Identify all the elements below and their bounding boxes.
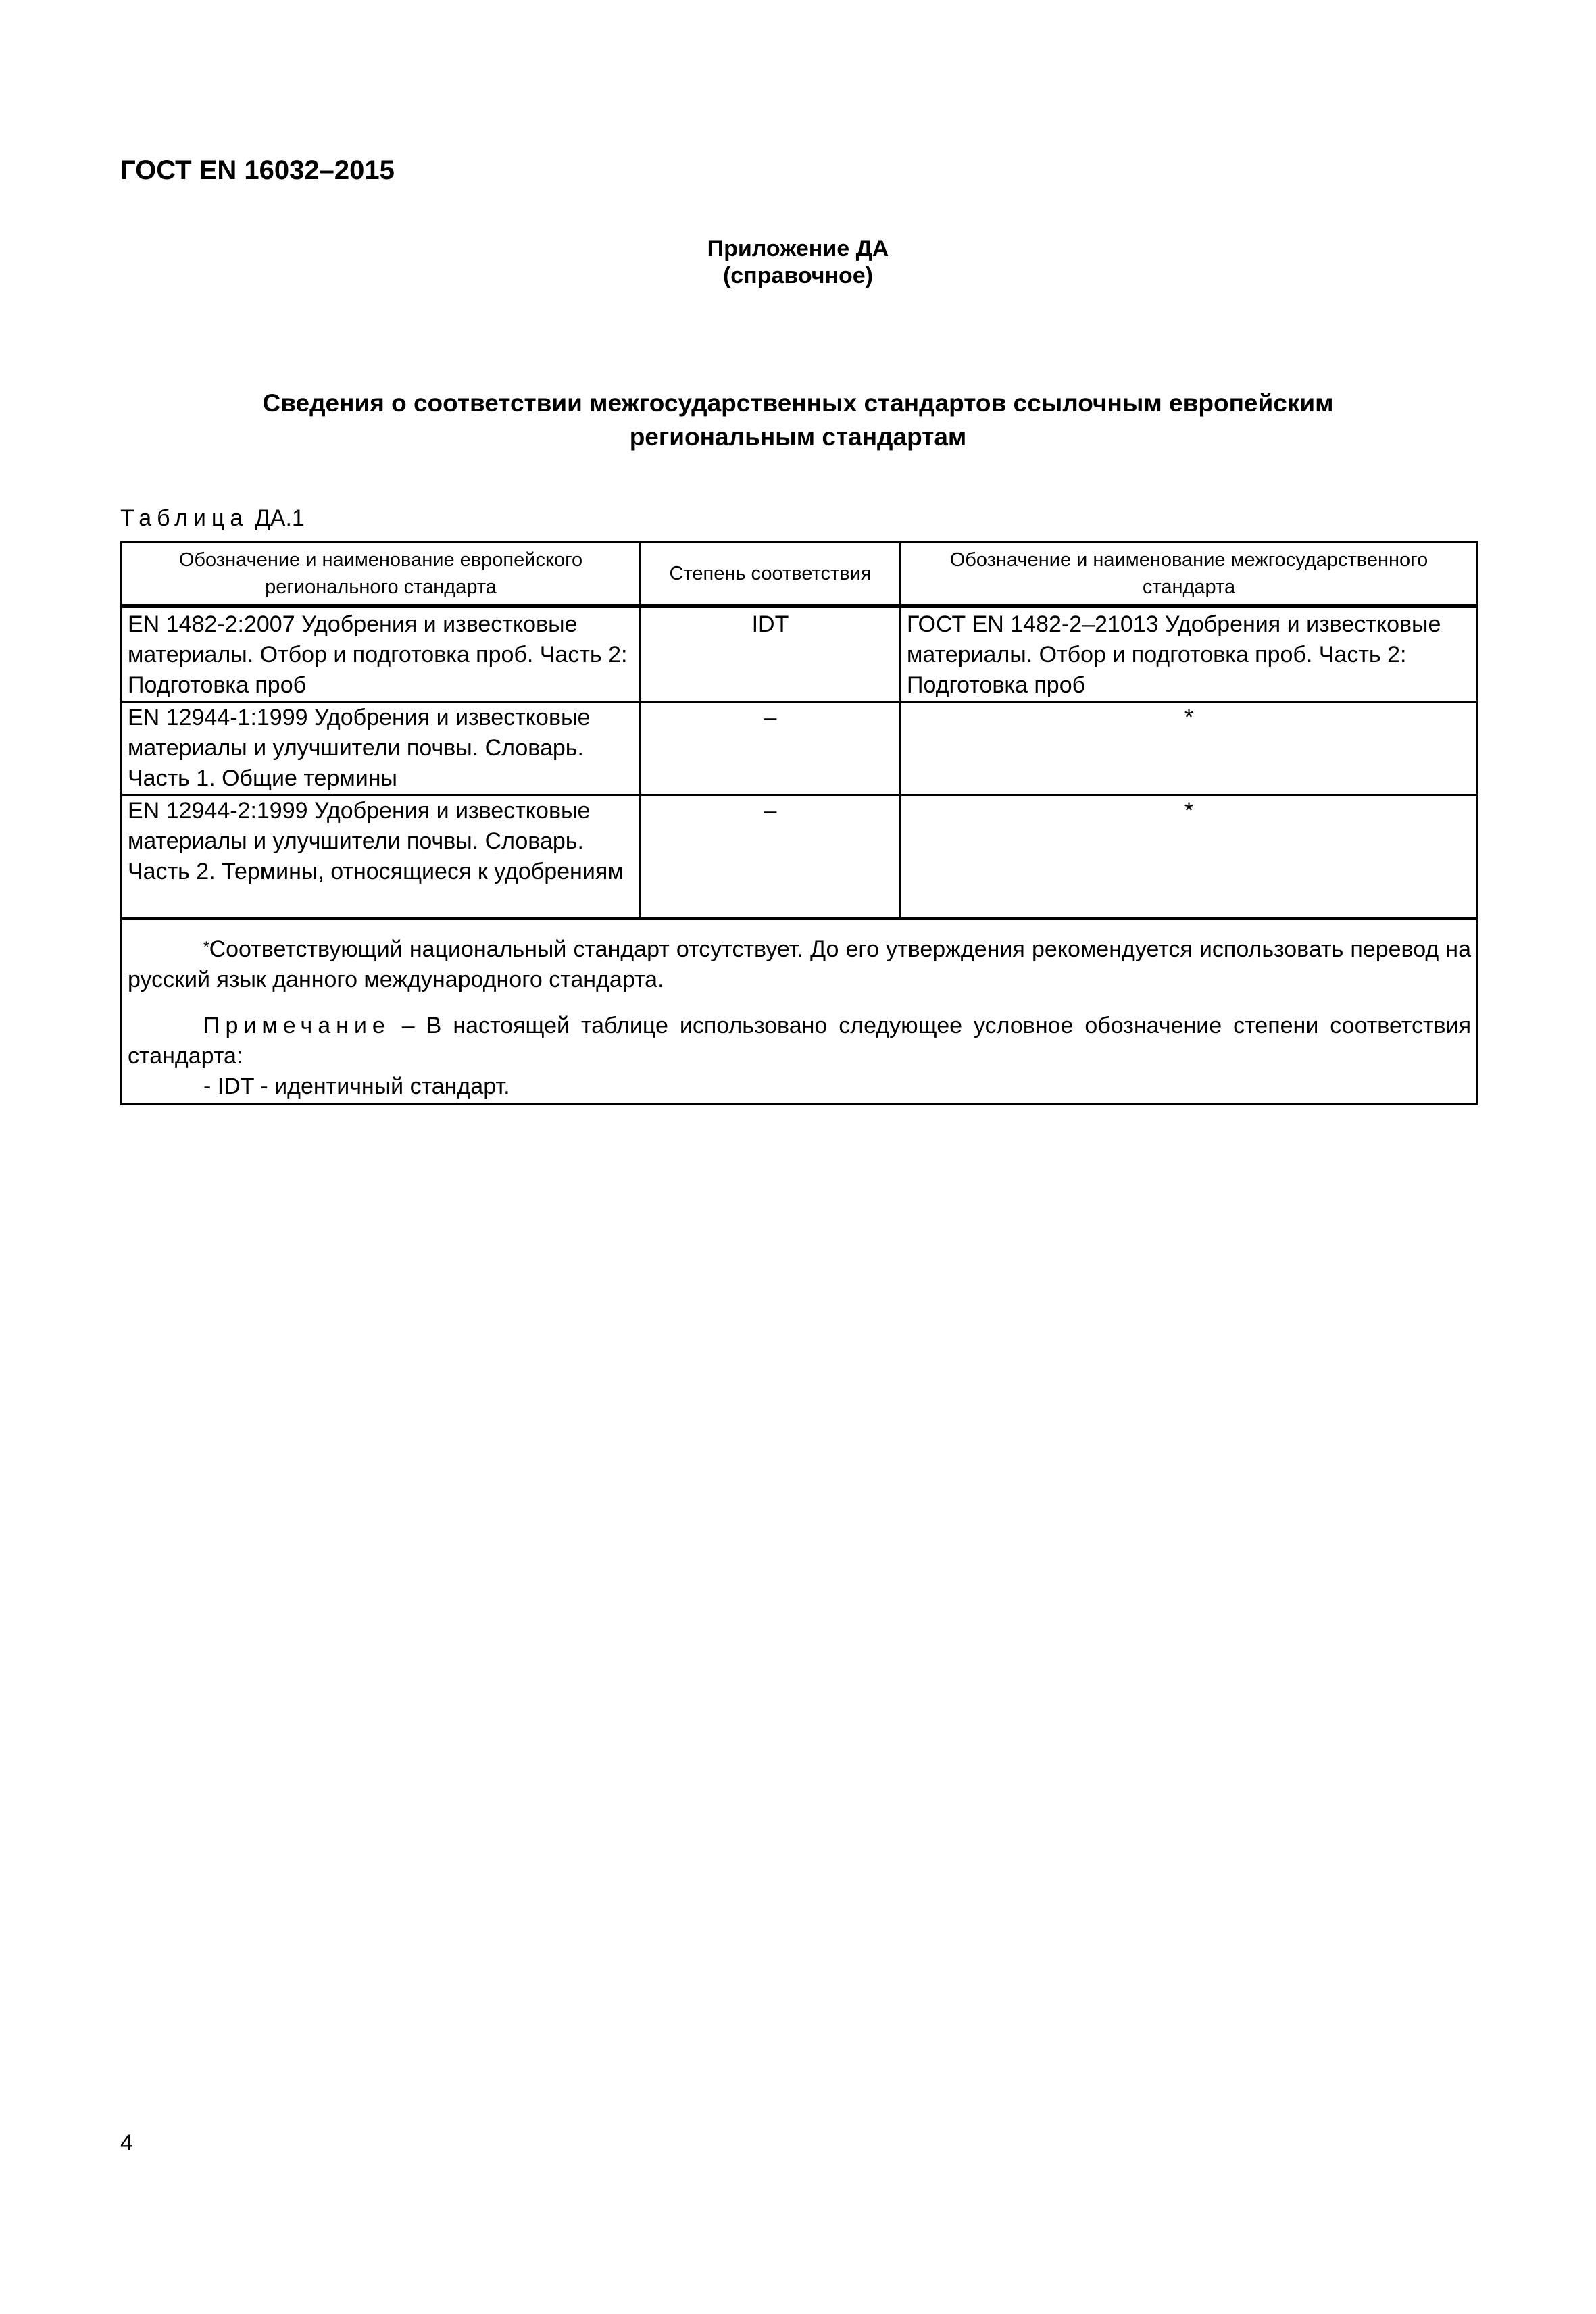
table-notes: *Соответствующий национальный стандарт о… (122, 919, 1478, 1105)
annex-title: Приложение ДА (0, 235, 1596, 262)
cell-degree: – (641, 702, 901, 795)
cell-interstate-standard: ГОСТ EN 1482-2–21013 Удобрения и известк… (901, 606, 1478, 702)
note-list-item: - IDT - идентичный стандарт. (128, 1072, 1471, 1102)
cell-interstate-standard: * (901, 702, 1478, 795)
cell-degree: IDT (641, 606, 901, 702)
cell-degree: – (641, 795, 901, 919)
table-header-row: Обозначение и наименование европейского … (122, 543, 1478, 607)
annex-type: (справочное) (0, 262, 1596, 289)
cell-interstate-standard: * (901, 795, 1478, 919)
column-header-degree: Степень соответствия (641, 543, 901, 607)
table-row: EN 12944-1:1999 Удобрения и известковые … (122, 702, 1478, 795)
column-header-european: Обозначение и наименование европейского … (122, 543, 641, 607)
table-row: EN 1482-2:2007 Удобрения и известковые м… (122, 606, 1478, 702)
table-row: EN 12944-2:1999 Удобрения и известковые … (122, 795, 1478, 919)
cell-european-standard: EN 1482-2:2007 Удобрения и известковые м… (122, 606, 641, 702)
footnote: *Соответствующий национальный стандарт о… (128, 934, 1471, 995)
section-heading-line-2: региональным стандартам (120, 420, 1476, 454)
footnote-marker: * (203, 938, 209, 955)
correspondence-table: Обозначение и наименование европейского … (120, 541, 1478, 1105)
document-code: ГОСТ EN 16032–2015 (120, 154, 395, 186)
note-label: Примечание (203, 1013, 391, 1038)
cell-european-standard: EN 12944-2:1999 Удобрения и известковые … (122, 795, 641, 919)
note: Примечание – В настоящей таблице использ… (128, 1011, 1471, 1072)
cell-european-standard: EN 12944-1:1999 Удобрения и известковые … (122, 702, 641, 795)
annex-heading: Приложение ДА (справочное) (0, 235, 1596, 289)
section-heading-line-1: Сведения о соответствии межгосударственн… (120, 386, 1476, 420)
table-notes-row: *Соответствующий национальный стандарт о… (122, 919, 1478, 1105)
table-caption-id: ДА.1 (255, 505, 305, 531)
table-caption: Таблица ДА.1 (120, 504, 305, 532)
column-header-interstate: Обозначение и наименование межгосударств… (901, 543, 1478, 607)
table-caption-word: Таблица (120, 505, 248, 531)
page-number: 4 (120, 2130, 133, 2157)
footnote-text: Соответствующий национальный стандарт от… (128, 936, 1471, 992)
section-heading: Сведения о соответствии межгосударственн… (120, 386, 1476, 454)
